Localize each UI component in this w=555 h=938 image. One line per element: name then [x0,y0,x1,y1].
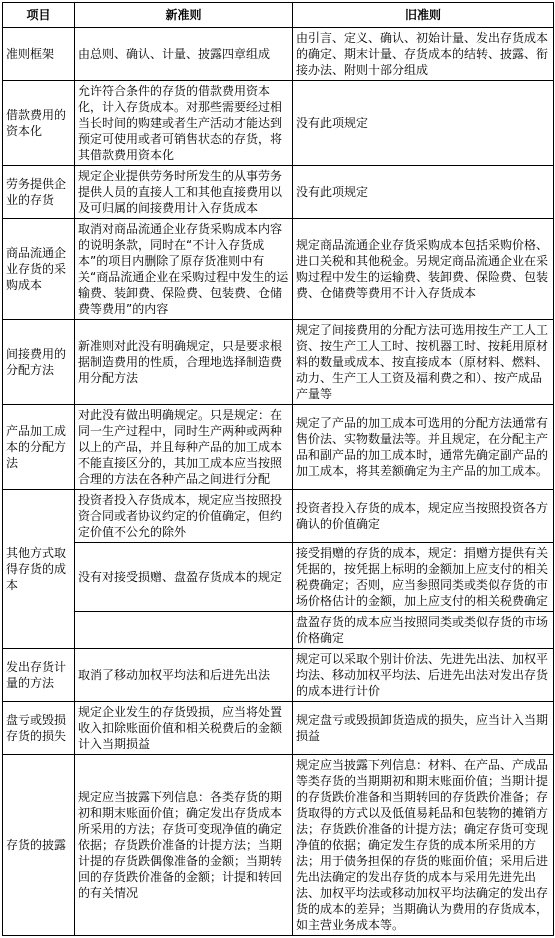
new-standard-cell: 对此没有做出明确规定。只是规定：在同一生产过程中，同时生产两种或两种以上的产品，… [75,405,293,490]
table-row: 商品流通企业存货的采购成本取消对商品流通企业存货采购成本内容的说明条款，同时在“… [3,219,554,320]
item-cell: 发出存货计量的方法 [3,649,75,702]
table-row: 借款费用的资本化允许符合条件的存货的借款费用资本化，计入存货成本。对那些需要经过… [3,81,554,166]
old-standard-cell: 没有此项规定 [293,81,554,166]
old-standard-cell: 规定盘亏或毁损卸货造成的损失，应当计入当期损益 [293,702,554,755]
new-standard-cell: 取消对商品流通企业存货采购成本内容的说明条款，同时在“不计入存货成本”的项目内删… [75,219,293,320]
table-row: 发出存货计量的方法取消了移动加权平均法和后进先出法规定可以采取个别计价法、先进先… [3,649,554,702]
new-standard-cell: 取消了移动加权平均法和后进先出法 [75,649,293,702]
item-cell: 劳务提供企业的存货 [3,166,75,219]
item-cell: 准则框架 [3,28,75,81]
old-standard-cell: 规定了间接费用的分配方法可选用按生产工人工资、按生产工人工时、按机器工时、按耗用… [293,320,554,405]
old-standard-cell: 规定商品流通企业存货采购成本包括采购价格、进口关税和其他税金。另规定商品流通企业… [293,219,554,320]
old-standard-cell: 盘盈存货的成本应当按照同类或类似存货的市场价格确定 [293,612,554,649]
new-standard-cell: 允许符合条件的存货的借款费用资本化，计入存货成本。对那些需要经过相当长时间的购建… [75,81,293,166]
item-cell: 盘亏或毁损存货的损失 [3,702,75,755]
table-row: 盘盈存货的成本应当按照同类或类似存货的市场价格确定 [3,612,554,649]
new-standard-cell: 规定企业发生的存货毁损，应当将处置收入扣除账面价值和相关税费后的金额计入当期损益 [75,702,293,755]
header-item: 项目 [3,3,75,28]
standards-comparison-table: 项目 新准则 旧准则 准则框架由总则、确认、计量、披露四章组成由引言、定义、确认… [2,2,554,936]
standards-comparison: 项目 新准则 旧准则 准则框架由总则、确认、计量、披露四章组成由引言、定义、确认… [0,0,555,938]
table-row: 产品加工成本的分配方法对此没有做出明确规定。只是规定：在同一生产过程中，同时生产… [3,405,554,490]
table-row: 存货的披露规定应当披露下列信息：各类存货的期初和期末账面价值；确定发出存货成本所… [3,755,554,936]
new-standard-cell: 由总则、确认、计量、披露四章组成 [75,28,293,81]
table-row: 其他方式取得存货的成本投资者投入存货成本，规定应当按照投资合同或者协议约定的价值… [3,490,554,543]
table-row: 盘亏或毁损存货的损失规定企业发生的存货毁损，应当将处置收入扣除账面价值和相关税费… [3,702,554,755]
standards-table-body: 准则框架由总则、确认、计量、披露四章组成由引言、定义、确认、初始计量、发出存货成… [3,28,554,936]
header-new-standard: 新准则 [75,3,293,28]
new-standard-cell: 投资者投入存货成本，规定应当按照投资合同或者协议约定的价值确定，但约定价值不公允… [75,490,293,543]
table-header-row: 项目 新准则 旧准则 [3,3,554,28]
new-standard-cell: 没有对接受损赠、盘盈存货成本的规定 [75,543,293,612]
item-cell: 存货的披露 [3,755,75,936]
old-standard-cell: 规定可以采取个别计价法、先进先出法、加权平均法、移动加权平均法、后进先出法对发出… [293,649,554,702]
item-cell: 间接费用的分配方法 [3,320,75,405]
new-standard-cell: 新准则对此没有明确规定，只是要求根据制造费用的性质，合理地选择制造费用分配方法 [75,320,293,405]
item-cell: 商品流通企业存货的采购成本 [3,219,75,320]
old-standard-cell: 规定应当披露下列信息：材料、在产品、产成品等类存货的当期期初和期末账面价值；当期… [293,755,554,936]
table-row: 没有对接受损赠、盘盈存货成本的规定接受捐赠的存货的成本，规定：捐赠方提供有关凭据… [3,543,554,612]
old-standard-cell: 没有此项规定 [293,166,554,219]
table-row: 劳务提供企业的存货规定企业提供劳务时所发生的从事劳务提供人员的直接人工和其他直接… [3,166,554,219]
header-old-standard: 旧准则 [293,3,554,28]
item-cell: 产品加工成本的分配方法 [3,405,75,490]
new-standard-cell [75,612,293,649]
table-row: 准则框架由总则、确认、计量、披露四章组成由引言、定义、确认、初始计量、发出存货成… [3,28,554,81]
old-standard-cell: 规定了产品的加工成本可选用的分配方法通常有售价法、实物数量法等。并且规定，在分配… [293,405,554,490]
item-cell: 借款费用的资本化 [3,81,75,166]
table-row: 间接费用的分配方法新准则对此没有明确规定，只是要求根据制造费用的性质，合理地选择… [3,320,554,405]
item-cell: 其他方式取得存货的成本 [3,490,75,649]
new-standard-cell: 规定应当披露下列信息：各类存货的期初和期末账面价值；确定发出存货成本所采用的方法… [75,755,293,936]
old-standard-cell: 投资者投入存货的成本，规定应当按照投资各方确认的价值确定 [293,490,554,543]
old-standard-cell: 由引言、定义、确认、初始计量、发出存货成本的确定、期末计量、存货成本的结转、披露… [293,28,554,81]
new-standard-cell: 规定企业提供劳务时所发生的从事劳务提供人员的直接人工和其他直接费用以及可归属的间… [75,166,293,219]
old-standard-cell: 接受捐赠的存货的成本，规定：捐赠方提供有关凭据的，按凭据上标明的金额加上应支付的… [293,543,554,612]
